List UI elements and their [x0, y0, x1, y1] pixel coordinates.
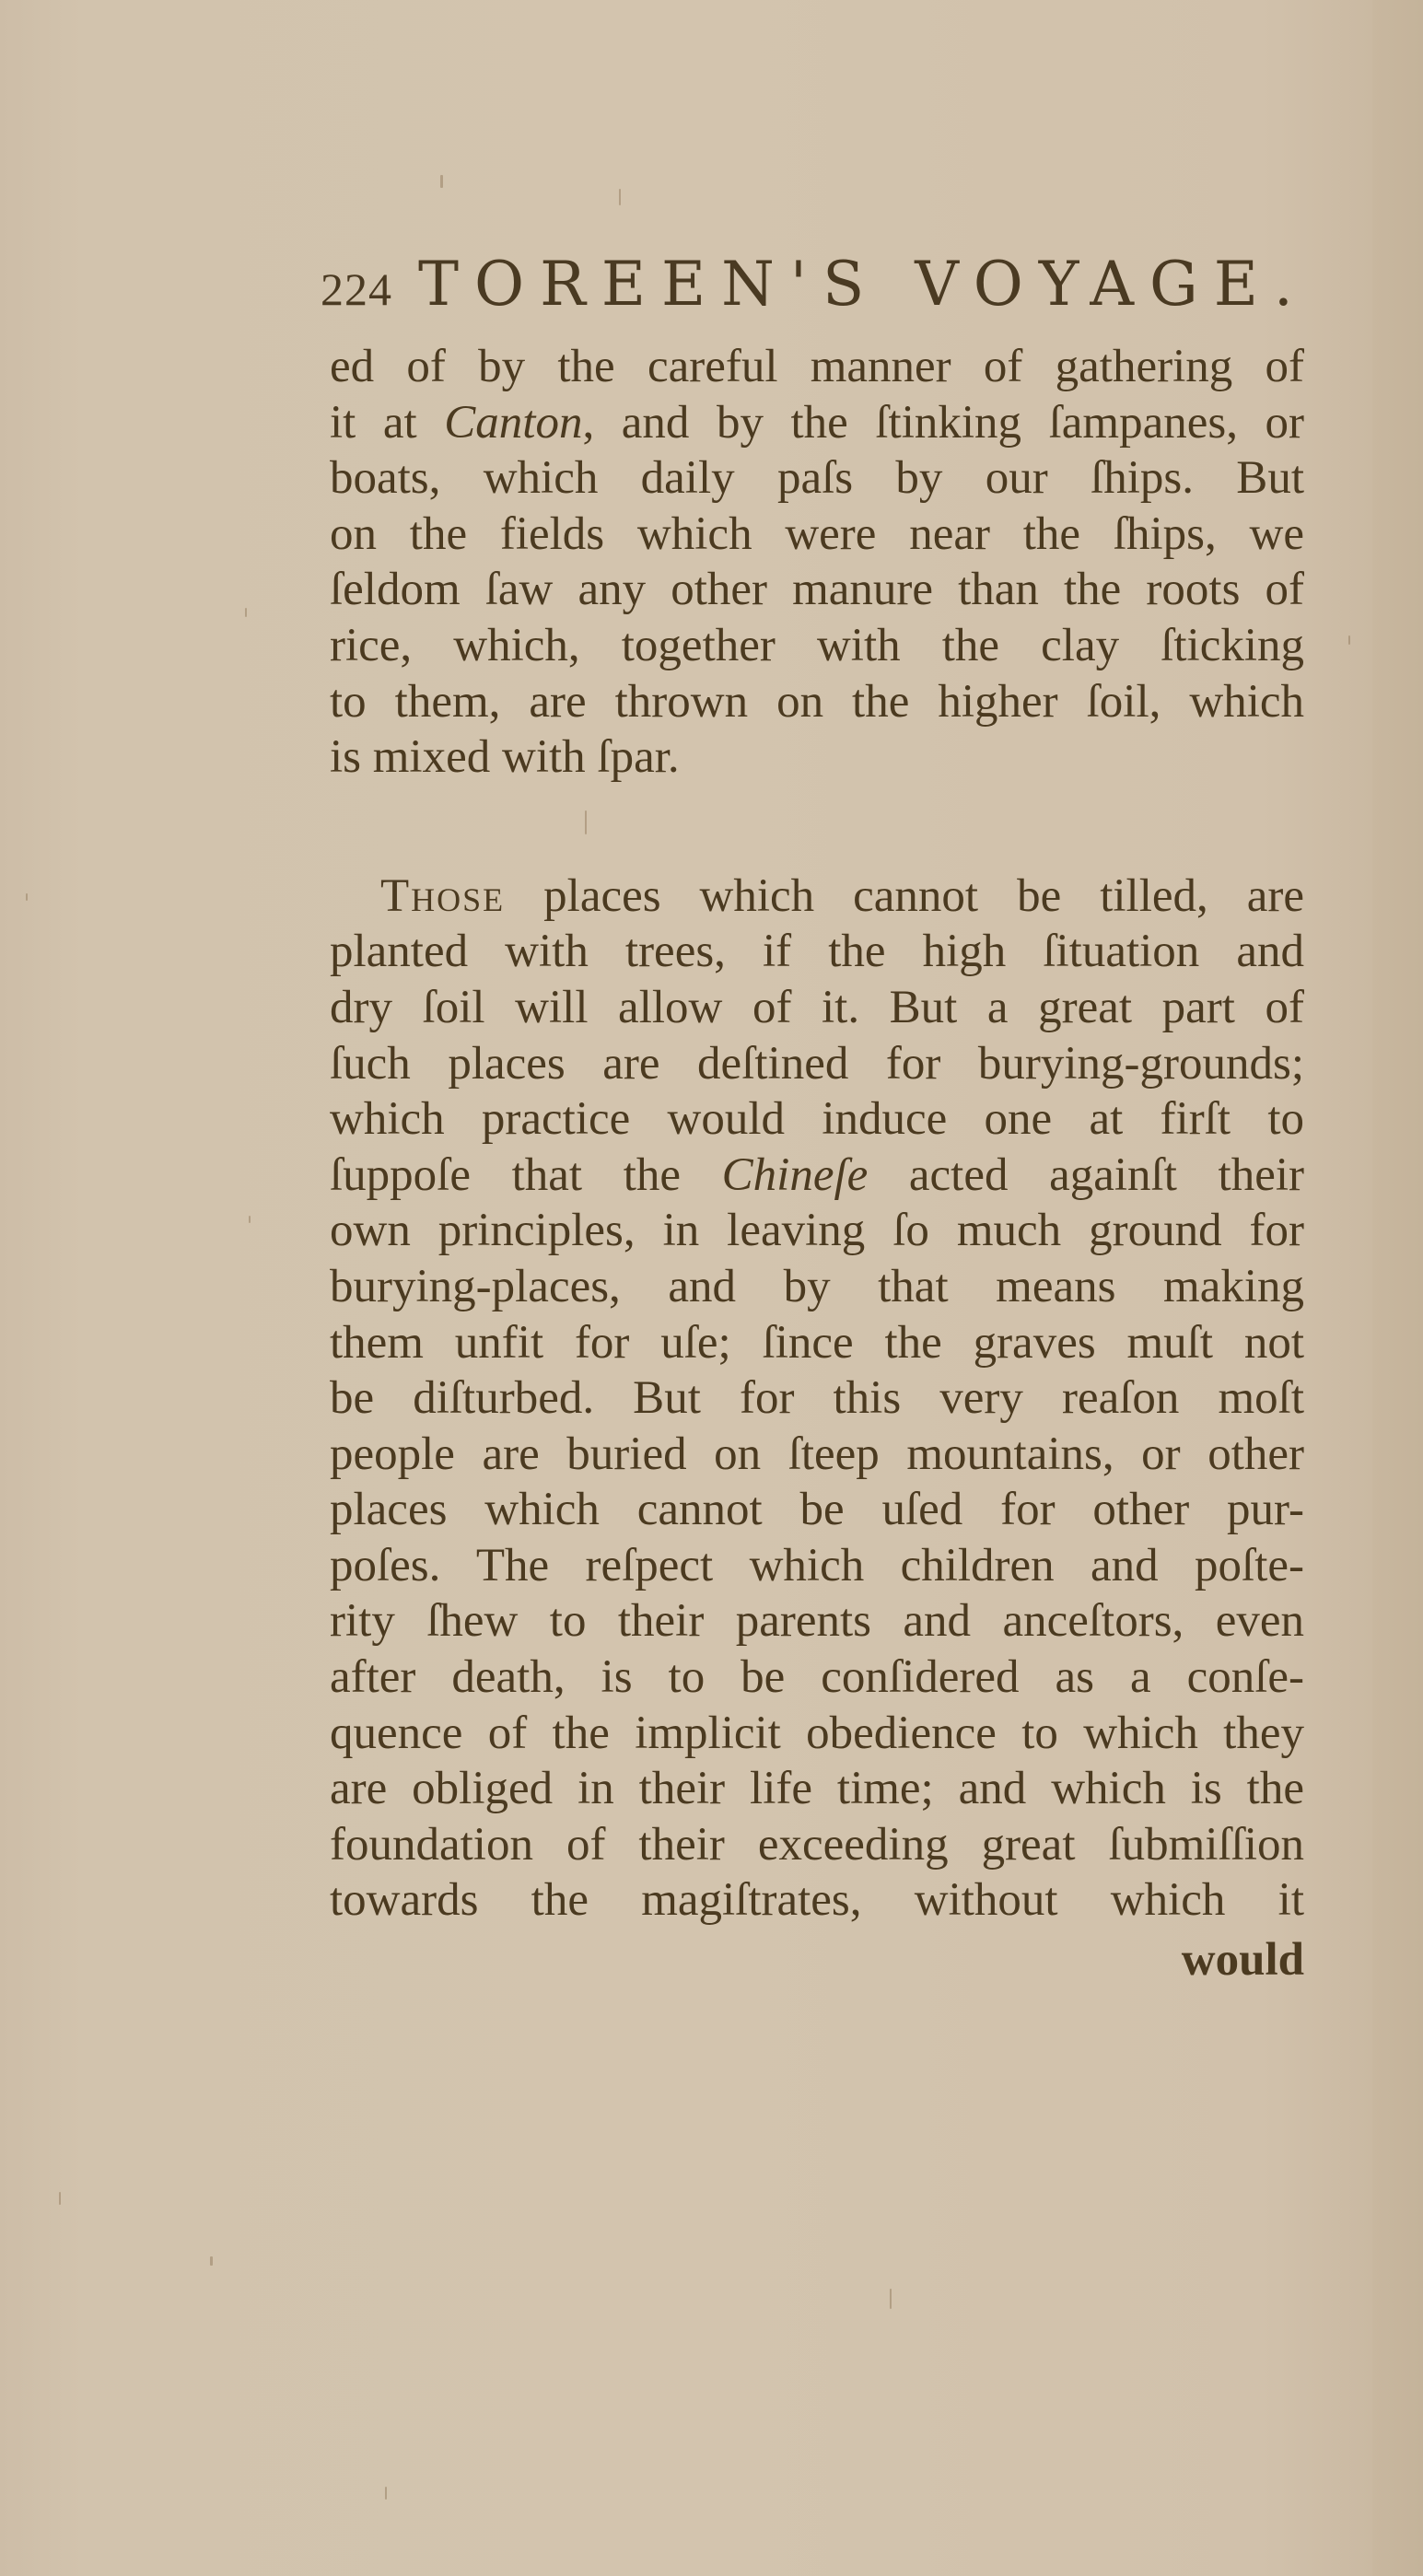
paper-speck: [440, 175, 443, 188]
text-line: ſuppoſe that the Chineſe acted againſt t…: [330, 1148, 1304, 1204]
text-line: dry ſoil will allow of it. But a great p…: [330, 980, 1304, 1036]
catchword: would: [330, 1932, 1304, 1987]
text-run: acted againſt their: [868, 1149, 1304, 1201]
text-line: are obliged in their life time; and whic…: [330, 1761, 1304, 1817]
text-line: quence of the implicit obedience to whic…: [330, 1706, 1304, 1762]
text-line: it at Canton, and by the ſtinking ſampan…: [330, 395, 1304, 451]
paragraph-burying-grounds: Those places which cannot be tilled, are…: [330, 868, 1304, 1929]
text-line: rice, which, together with the clay ſtic…: [330, 618, 1304, 674]
book-page: 224TOREEN'S VOYAGE. ed of by the careful…: [0, 0, 1372, 2576]
place-name-canton: Canton: [444, 397, 582, 449]
paragraph-opening-word: Those: [380, 870, 505, 922]
text-line: ſuch places are deſtined for burying-gro…: [330, 1036, 1304, 1092]
text-line: ed of by the careful manner of gathering…: [330, 339, 1304, 395]
text-line: is mixed with ſpar.: [330, 729, 1304, 786]
text-line: be diſturbed. But for this very reaſon m…: [330, 1370, 1304, 1427]
text-run: places which cannot be tilled, are: [505, 870, 1304, 922]
paragraph-continuation: ed of by the careful manner of gathering…: [330, 339, 1304, 786]
text-line: rity ſhew to their parents and anceſtors…: [330, 1593, 1304, 1649]
text-line: places which cannot be uſed for other pu…: [330, 1482, 1304, 1538]
paper-speck: [585, 810, 587, 834]
paper-speck: [1348, 635, 1350, 645]
paper-speck: [210, 2256, 213, 2266]
paper-speck: [385, 2487, 387, 2500]
word-chinese: Chineſe: [722, 1149, 869, 1201]
text-line: which practice would induce one at firſt…: [330, 1091, 1304, 1148]
running-title: TOREEN'S VOYAGE.: [418, 249, 1309, 320]
paragraph-gap: [330, 786, 1304, 868]
text-run: it at: [330, 397, 444, 449]
text-line: foundation of their exceeding great ſubm…: [330, 1817, 1304, 1873]
page-number: 224: [321, 263, 392, 315]
text-line: them unfit for uſe; ſince the graves muſ…: [330, 1315, 1304, 1371]
text-run: , and by the ſtinking ſampanes, or: [582, 397, 1304, 449]
paper-speck: [890, 2289, 892, 2309]
paper-speck: [249, 1216, 251, 1223]
paper-speck: [619, 189, 621, 205]
page-gutter: [1372, 0, 1423, 2576]
text-line: burying-places, and by that means making: [330, 1259, 1304, 1315]
text-line: towards the magiſtrates, without which i…: [330, 1872, 1304, 1929]
text-line: planted with trees, if the high ſituatio…: [330, 924, 1304, 980]
text-line: people are buried on ſteep mountains, or…: [330, 1427, 1304, 1483]
body-text: ed of by the careful manner of gathering…: [330, 339, 1304, 1987]
text-line: poſes. The reſpect which children and po…: [330, 1538, 1304, 1594]
text-run: ſuppoſe that the: [330, 1149, 722, 1201]
text-line: to them, are thrown on the higher ſoil, …: [330, 674, 1304, 730]
paper-speck: [59, 2192, 61, 2205]
text-line: ſeldom ſaw any other manure than the roo…: [330, 562, 1304, 618]
text-line: on the fields which were near the ſhips,…: [330, 507, 1304, 563]
running-header: 224TOREEN'S VOYAGE.: [321, 249, 1315, 322]
paper-speck: [245, 608, 247, 617]
text-line: boats, which daily paſs by our ſhips. Bu…: [330, 450, 1304, 507]
paper-speck: [26, 893, 28, 901]
text-line: Those places which cannot be tilled, are: [330, 868, 1304, 925]
text-line: after death, is to be conſidered as a co…: [330, 1649, 1304, 1706]
text-line: own principles, in leaving ſo much groun…: [330, 1203, 1304, 1259]
